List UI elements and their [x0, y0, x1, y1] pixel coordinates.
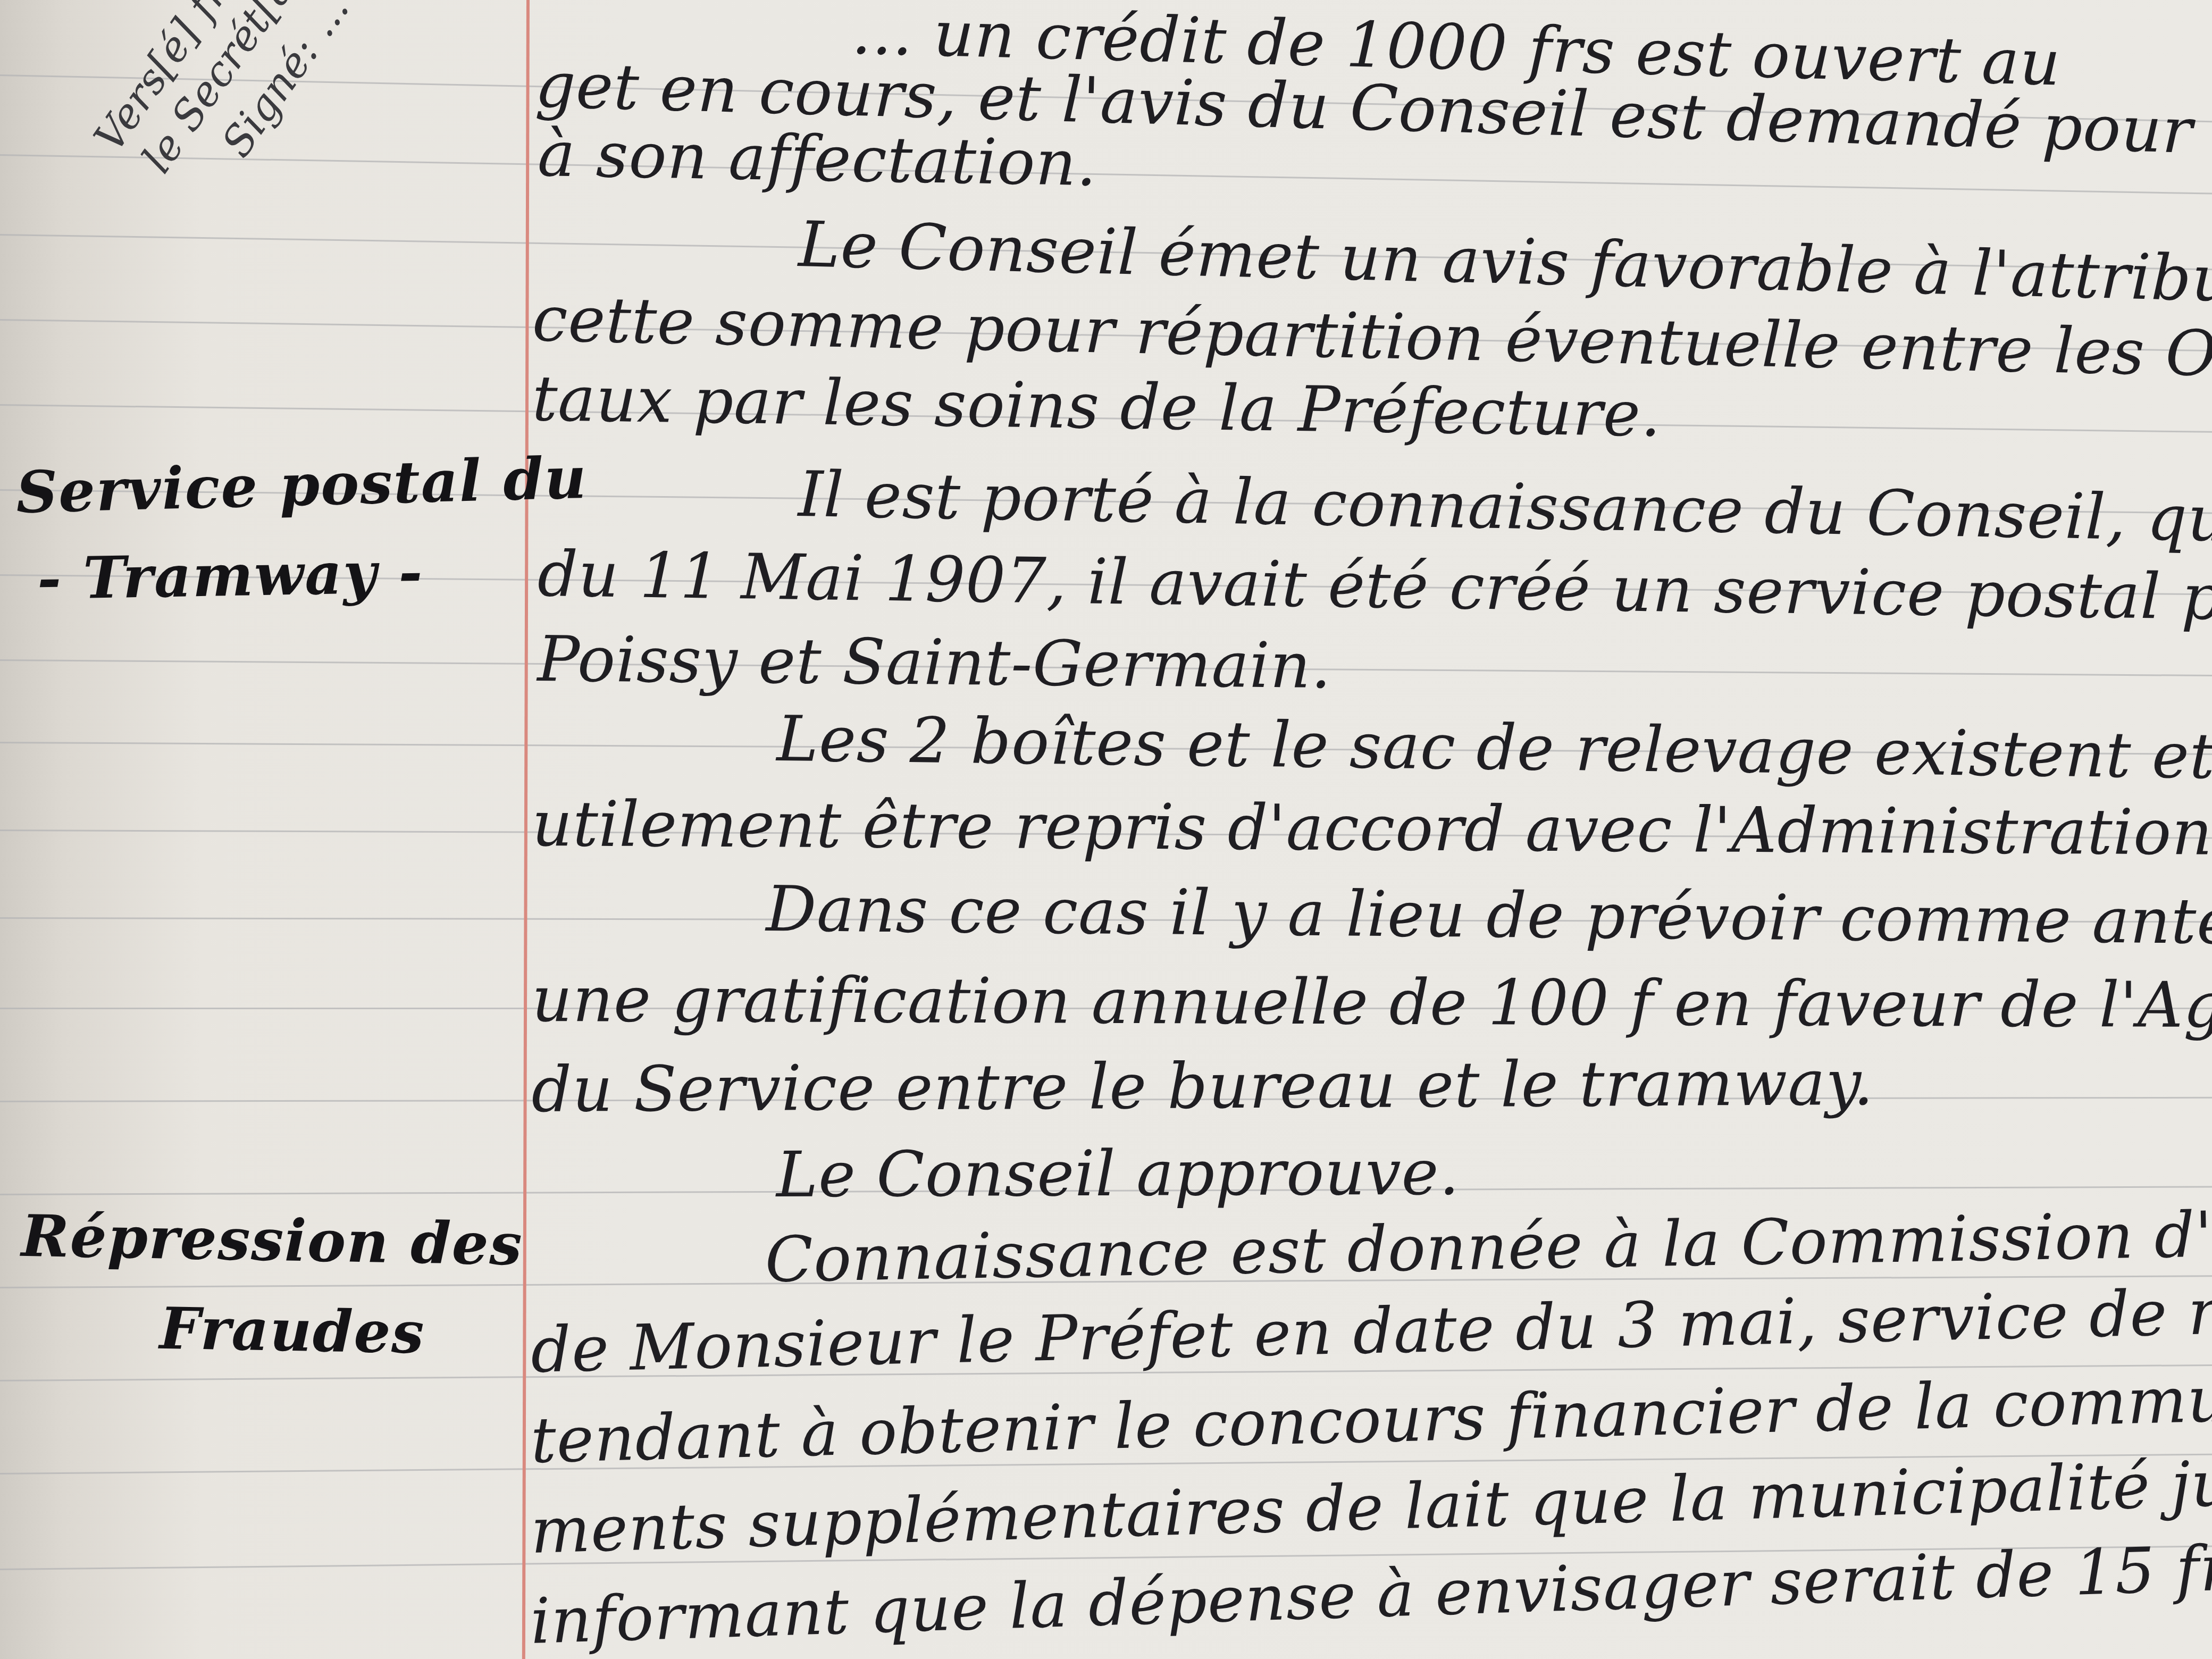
- body-line: utilement être repris d'accord avec l'Ad…: [532, 787, 2212, 870]
- body-line: taux par les soins de la Préfecture.: [532, 362, 1662, 451]
- body-line: du 11 Mai 1907, il avait été créé un ser…: [537, 537, 2212, 638]
- body-line: Poissy et Saint-Germain.: [537, 622, 1332, 702]
- body-line: Le Conseil approuve.: [776, 1136, 1460, 1211]
- margin-heading-service-postal: Service postal du: [15, 445, 588, 526]
- body-line: à son affectation.: [537, 117, 1097, 200]
- margin-heading-repression: Répression des: [21, 1203, 523, 1278]
- body-line: Les 2 boîtes et le sac de relevage exist…: [776, 702, 2212, 796]
- body-line: du Service entre le bureau et le tramway…: [531, 1046, 1874, 1126]
- body-line: Dans ce cas il y a lieu de prévoir comme…: [766, 872, 2212, 959]
- red-margin-line: [522, 0, 530, 1659]
- margin-heading-tramway: - Tramway -: [37, 539, 424, 613]
- ruled-line: [0, 154, 2212, 197]
- margin-heading-fraudes: Fraudes: [159, 1295, 425, 1367]
- body-line: une gratification annuelle de 100 f en f…: [532, 962, 2212, 1042]
